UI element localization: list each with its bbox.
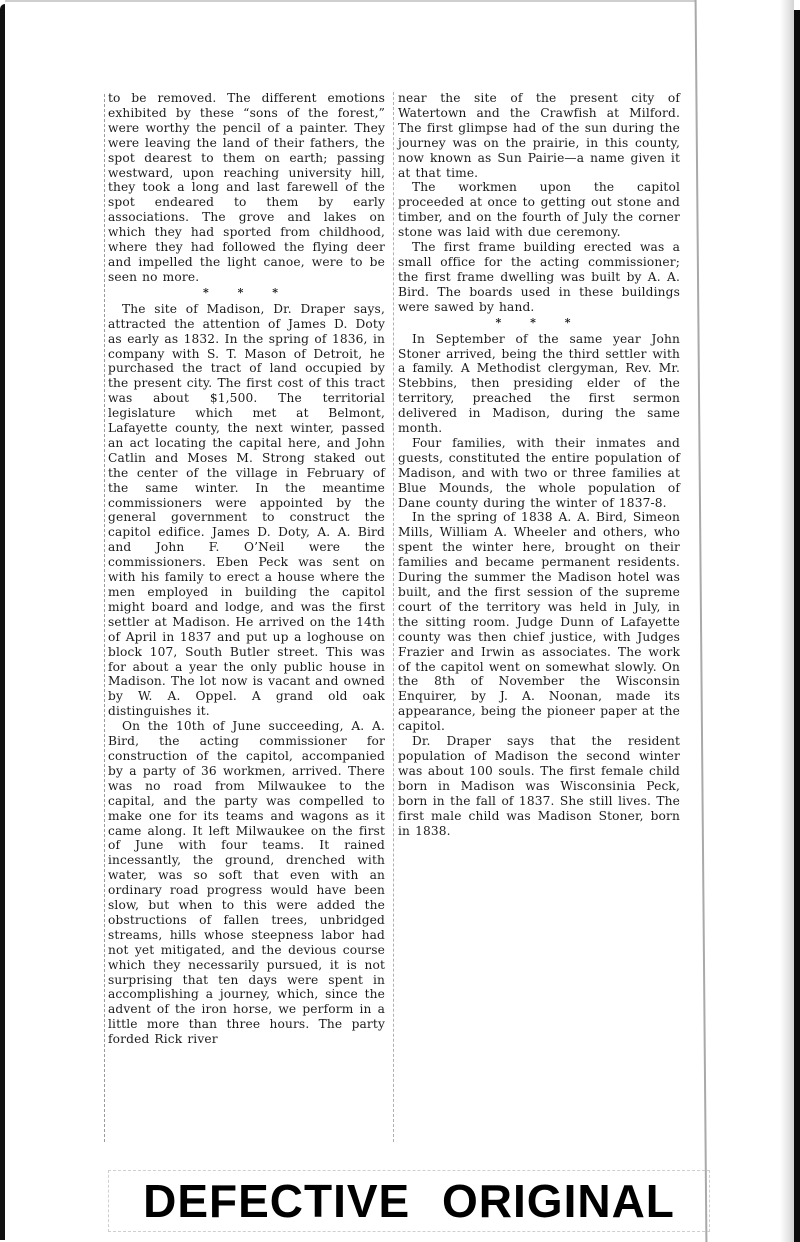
scan-edge-top bbox=[5, 0, 695, 2]
article-column-left: to be removed. The different emotions ex… bbox=[108, 91, 385, 1047]
article-paragraph: The first frame building erected was a s… bbox=[398, 240, 680, 315]
article-paragraph: Dr. Draper says that the resident popula… bbox=[398, 734, 680, 838]
scan-edge-left bbox=[0, 4, 5, 1240]
article-paragraph: The workmen upon the capitol proceeded a… bbox=[398, 180, 680, 240]
article-paragraph: Four families, with their inmates and gu… bbox=[398, 436, 680, 511]
article-paragraph: In the spring of 1838 A. A. Bird, Simeon… bbox=[398, 510, 680, 734]
scan-edge-right bbox=[794, 10, 800, 1242]
article-paragraph: The site of Madison, Dr. Draper says, at… bbox=[108, 302, 385, 719]
column-rule-middle bbox=[393, 92, 395, 1142]
scan-shadow-right bbox=[780, 0, 794, 1242]
article-column-right: near the site of the present city of Wat… bbox=[398, 91, 680, 838]
article-paragraph: to be removed. The different emotions ex… bbox=[108, 91, 385, 285]
stamp-text: DEFECTIVE ORIGINAL bbox=[143, 1174, 675, 1228]
defective-original-stamp: DEFECTIVE ORIGINAL bbox=[108, 1170, 710, 1232]
column-rule-left bbox=[104, 94, 106, 1142]
page-fold-line bbox=[695, 0, 708, 1242]
section-separator: * * * bbox=[108, 286, 385, 300]
article-paragraph: near the site of the present city of Wat… bbox=[398, 91, 680, 180]
section-separator: * * * bbox=[398, 316, 680, 330]
article-paragraph: On the 10th of June succeeding, A. A. Bi… bbox=[108, 719, 385, 1047]
article-paragraph: In September of the same year John Stone… bbox=[398, 332, 680, 436]
